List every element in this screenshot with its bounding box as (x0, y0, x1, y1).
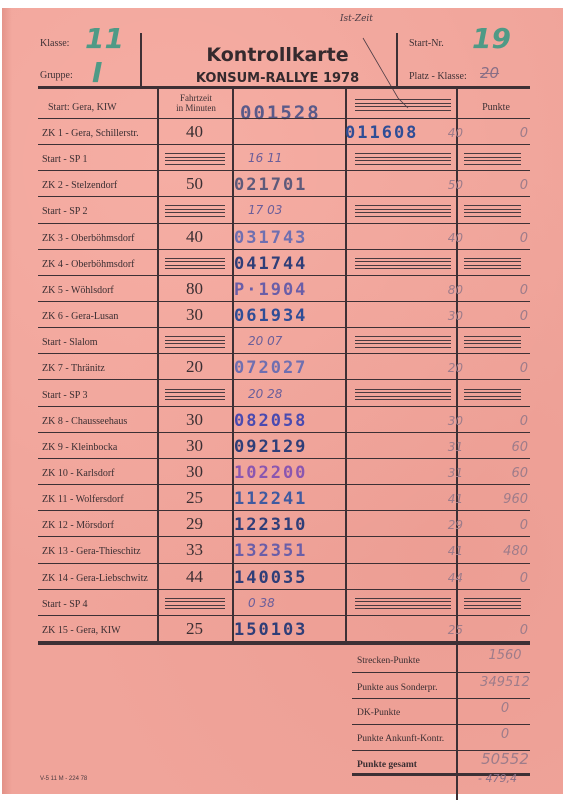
table-row: Start - Slalom 20 07 (38, 328, 530, 354)
row-label: ZK 9 - Kleinbocka (42, 442, 117, 453)
row-time: 132351 (234, 541, 307, 561)
row-time: 150103 (234, 620, 307, 640)
row-actual-minutes: 50 (418, 178, 463, 192)
row-label: ZK 3 - Oberböhmsdorf (42, 233, 134, 244)
row-label: ZK 6 - Gera-Lusan (42, 311, 118, 322)
summary-value-dk: 0 (460, 701, 550, 716)
row-minutes: 80 (157, 279, 232, 299)
table-row: ZK 3 - Oberböhmsdorf 40 031743 40 0 (38, 224, 530, 250)
row-time: 082058 (234, 411, 307, 431)
row-points: 0 (478, 361, 528, 376)
header-dashes (355, 99, 451, 111)
row-actual-minutes: 20 (418, 361, 463, 375)
row-minutes: 33 (157, 540, 232, 560)
row-actual-minutes: 41 (418, 492, 463, 506)
row-minutes-dashes (165, 389, 225, 401)
row-time: 102200 (234, 463, 307, 483)
row-minutes: 30 (157, 462, 232, 482)
row-time: 20 28 (248, 387, 282, 401)
klasse-value: 11 (85, 22, 124, 55)
row-label: ZK 1 - Gera, Schillerstr. (42, 128, 139, 139)
row-minutes-dashes (165, 258, 225, 270)
row-label: ZK 2 - Stelzendorf (42, 180, 117, 191)
row-label: Start - SP 2 (42, 206, 87, 217)
table-row: ZK 11 - Wolfersdorf 25 112241 41 960 (38, 485, 530, 511)
row-points-dashes (464, 153, 521, 165)
row-label: Start - SP 3 (42, 390, 87, 401)
table-row: ZK 13 - Gera-Thieschitz 33 132351 41 480 (38, 537, 530, 563)
row-points: 60 (478, 440, 528, 455)
summary-value-ankunft: 0 (460, 727, 550, 742)
table-row: ZK 12 - Mörsdorf 29 122310 29 0 (38, 511, 530, 537)
row-points: 0 (478, 283, 528, 298)
table-row: ZK 7 - Thränitz 20 072027 20 0 (38, 354, 530, 380)
row-minutes-dashes (165, 153, 225, 165)
print-code: V-5 11 M - 224 78 (40, 776, 87, 782)
row-points: 0 (478, 126, 528, 141)
col-header-fahrtzeit: Fahrtzeit in Minuten (162, 93, 230, 113)
row-minutes: 25 (157, 488, 232, 508)
row-actual-minutes: 41 (418, 544, 463, 558)
row-actual-minutes: 44 (418, 571, 463, 585)
row-time: 122310 (234, 515, 307, 535)
summary-extra-note: - 479,4 (478, 772, 517, 785)
row-points: 0 (478, 414, 528, 429)
row-points: 0 (478, 178, 528, 193)
summary-value-sonderpr: 349512 (460, 675, 550, 690)
table-bottom-border (38, 642, 530, 645)
row-time: 17 03 (248, 203, 282, 217)
summary-line (352, 672, 530, 673)
row-label: Start - SP 1 (42, 154, 87, 165)
row-points-dashes (464, 598, 521, 610)
table-row: ZK 2 - Stelzendorf 50 021701 50 0 (38, 171, 530, 197)
row-time: 061934 (234, 306, 307, 326)
table-row: ZK 9 - Kleinbocka 30 092129 31 60 (38, 433, 530, 459)
row-label: ZK 14 - Gera-Liebschwitz (42, 573, 148, 584)
table-row: ZK 15 - Gera, KIW 25 150103 25 0 (38, 616, 530, 642)
row-minutes: 30 (157, 305, 232, 325)
row-actual-dashes (355, 205, 451, 217)
row-actual-dashes (355, 598, 451, 610)
row-minutes: 25 (157, 619, 232, 639)
row-label: ZK 11 - Wolfersdorf (42, 494, 124, 505)
summary-value-strecken: 1560 (460, 648, 550, 663)
row-actual-minutes: 31 (418, 466, 463, 480)
table-row: ZK 6 - Gera-Lusan 30 061934 30 0 (38, 302, 530, 328)
table-row: ZK 5 - Wöhlsdorf 80 P·1904 80 0 (38, 276, 530, 302)
table-row: Start - SP 4 0 38 (38, 590, 530, 616)
row-time: 112241 (234, 489, 307, 509)
row-actual-minutes: 40 (418, 126, 463, 140)
row-actual-minutes: 31 (418, 440, 463, 454)
row-minutes: 29 (157, 514, 232, 534)
row-minutes: 30 (157, 436, 232, 456)
row-actual-minutes: 40 (418, 231, 463, 245)
row-minutes: 40 (157, 227, 232, 247)
row-label: ZK 5 - Wöhlsdorf (42, 285, 114, 296)
row-time: 072027 (234, 358, 307, 378)
row-minutes: 40 (157, 122, 232, 142)
row-points: 480 (478, 544, 528, 559)
summary-line (352, 698, 530, 699)
row-minutes: 30 (157, 410, 232, 430)
paper-edge (2, 8, 12, 794)
gruppe-value: I (92, 56, 102, 89)
row-time: 16 11 (248, 151, 282, 165)
row-label: ZK 8 - Chausseehaus (42, 416, 127, 427)
summary-line (352, 724, 530, 725)
row-points: 0 (478, 309, 528, 324)
row-minutes-dashes (165, 205, 225, 217)
row-minutes-dashes (165, 336, 225, 348)
table-row: ZK 14 - Gera-Liebschwitz 44 140035 44 0 (38, 564, 530, 590)
summary-label-ankunft: Punkte Ankunft-Kontr. (357, 734, 444, 744)
row-points: 60 (478, 466, 528, 481)
row-stamp-2: 011608 (345, 123, 418, 143)
start-nr-label: Start-Nr. (409, 38, 444, 49)
row-label: ZK 4 - Oberböhmsdorf (42, 259, 134, 270)
row-points: 0 (478, 518, 528, 533)
start-nr-value: 19 (472, 22, 511, 55)
row-time: 20 07 (248, 334, 282, 348)
row-label: ZK 7 - Thränitz (42, 363, 105, 374)
row-points: 0 (478, 623, 528, 638)
row-actual-dashes (355, 153, 451, 165)
row-actual-minutes: 25 (418, 623, 463, 637)
table-row: Start - SP 2 17 03 (38, 197, 530, 223)
row-actual-minutes: 80 (418, 283, 463, 297)
row-points: 960 (478, 492, 528, 507)
row-label: ZK 10 - Karlsdorf (42, 468, 114, 479)
row-time: P·1904 (234, 280, 307, 300)
fahrtzeit-line2: in Minuten (162, 103, 230, 113)
gruppe-label: Gruppe: (40, 70, 73, 81)
row-label: Start - Slalom (42, 337, 98, 348)
row-points: 0 (478, 231, 528, 246)
summary-label-gesamt: Punkte gesamt (357, 760, 417, 770)
row-points: 0 (478, 571, 528, 586)
row-time: 140035 (234, 568, 307, 588)
row-actual-dashes (355, 336, 451, 348)
row-minutes: 20 (157, 357, 232, 377)
row-points-dashes (464, 205, 521, 217)
fahrtzeit-line1: Fahrtzeit (162, 93, 230, 103)
row-minutes-dashes (165, 598, 225, 610)
table-row: Start - SP 1 16 11 (38, 145, 530, 171)
row-label: ZK 15 - Gera, KIW (42, 625, 121, 636)
row-points-dashes (464, 336, 521, 348)
row-actual-dashes (355, 258, 451, 270)
row-actual-minutes: 30 (418, 414, 463, 428)
table-row: ZK 1 - Gera, Schillerstr. 40 011608 40 0 (38, 119, 530, 145)
row-minutes: 44 (157, 567, 232, 587)
row-time: 041744 (234, 254, 307, 274)
table-row: ZK 10 - Karlsdorf 30 102200 31 60 (38, 459, 530, 485)
row-label: Start - SP 4 (42, 599, 87, 610)
row-time: 021701 (234, 175, 307, 195)
row-points-dashes (464, 389, 521, 401)
row-actual-minutes: 29 (418, 518, 463, 532)
row-time: 031743 (234, 228, 307, 248)
col-header-punkte: Punkte (462, 102, 530, 113)
summary-value-gesamt: 50552 (460, 750, 550, 768)
header-divider-left (140, 33, 142, 86)
summary-label-strecken: Strecken-Punkte (357, 656, 420, 666)
table-row: ZK 4 - Oberböhmsdorf 041744 (38, 250, 530, 276)
table-row: ZK 8 - Chausseehaus 30 082058 30 0 (38, 407, 530, 433)
row-actual-dashes (355, 389, 451, 401)
row-points-dashes (464, 258, 521, 270)
summary-label-sonderpr: Punkte aus Sonderpr. (357, 683, 437, 693)
row-time: 092129 (234, 437, 307, 457)
platz-klasse-label: Platz - Klasse: (409, 71, 467, 82)
ist-zeit-annotation: Ist-Zeit (340, 14, 373, 24)
col-header-start: Start: Gera, KIW (48, 102, 117, 113)
row-actual-minutes: 30 (418, 309, 463, 323)
table-row: Start - SP 3 20 28 (38, 381, 530, 407)
row-time: 0 38 (248, 596, 275, 610)
platz-klasse-value: 20 (480, 64, 499, 82)
row-label: ZK 13 - Gera-Thieschitz (42, 546, 141, 557)
row-minutes: 50 (157, 174, 232, 194)
summary-label-dk: DK-Punkte (357, 708, 400, 718)
row-label: ZK 12 - Mörsdorf (42, 520, 114, 531)
klasse-label: Klasse: (40, 38, 69, 49)
